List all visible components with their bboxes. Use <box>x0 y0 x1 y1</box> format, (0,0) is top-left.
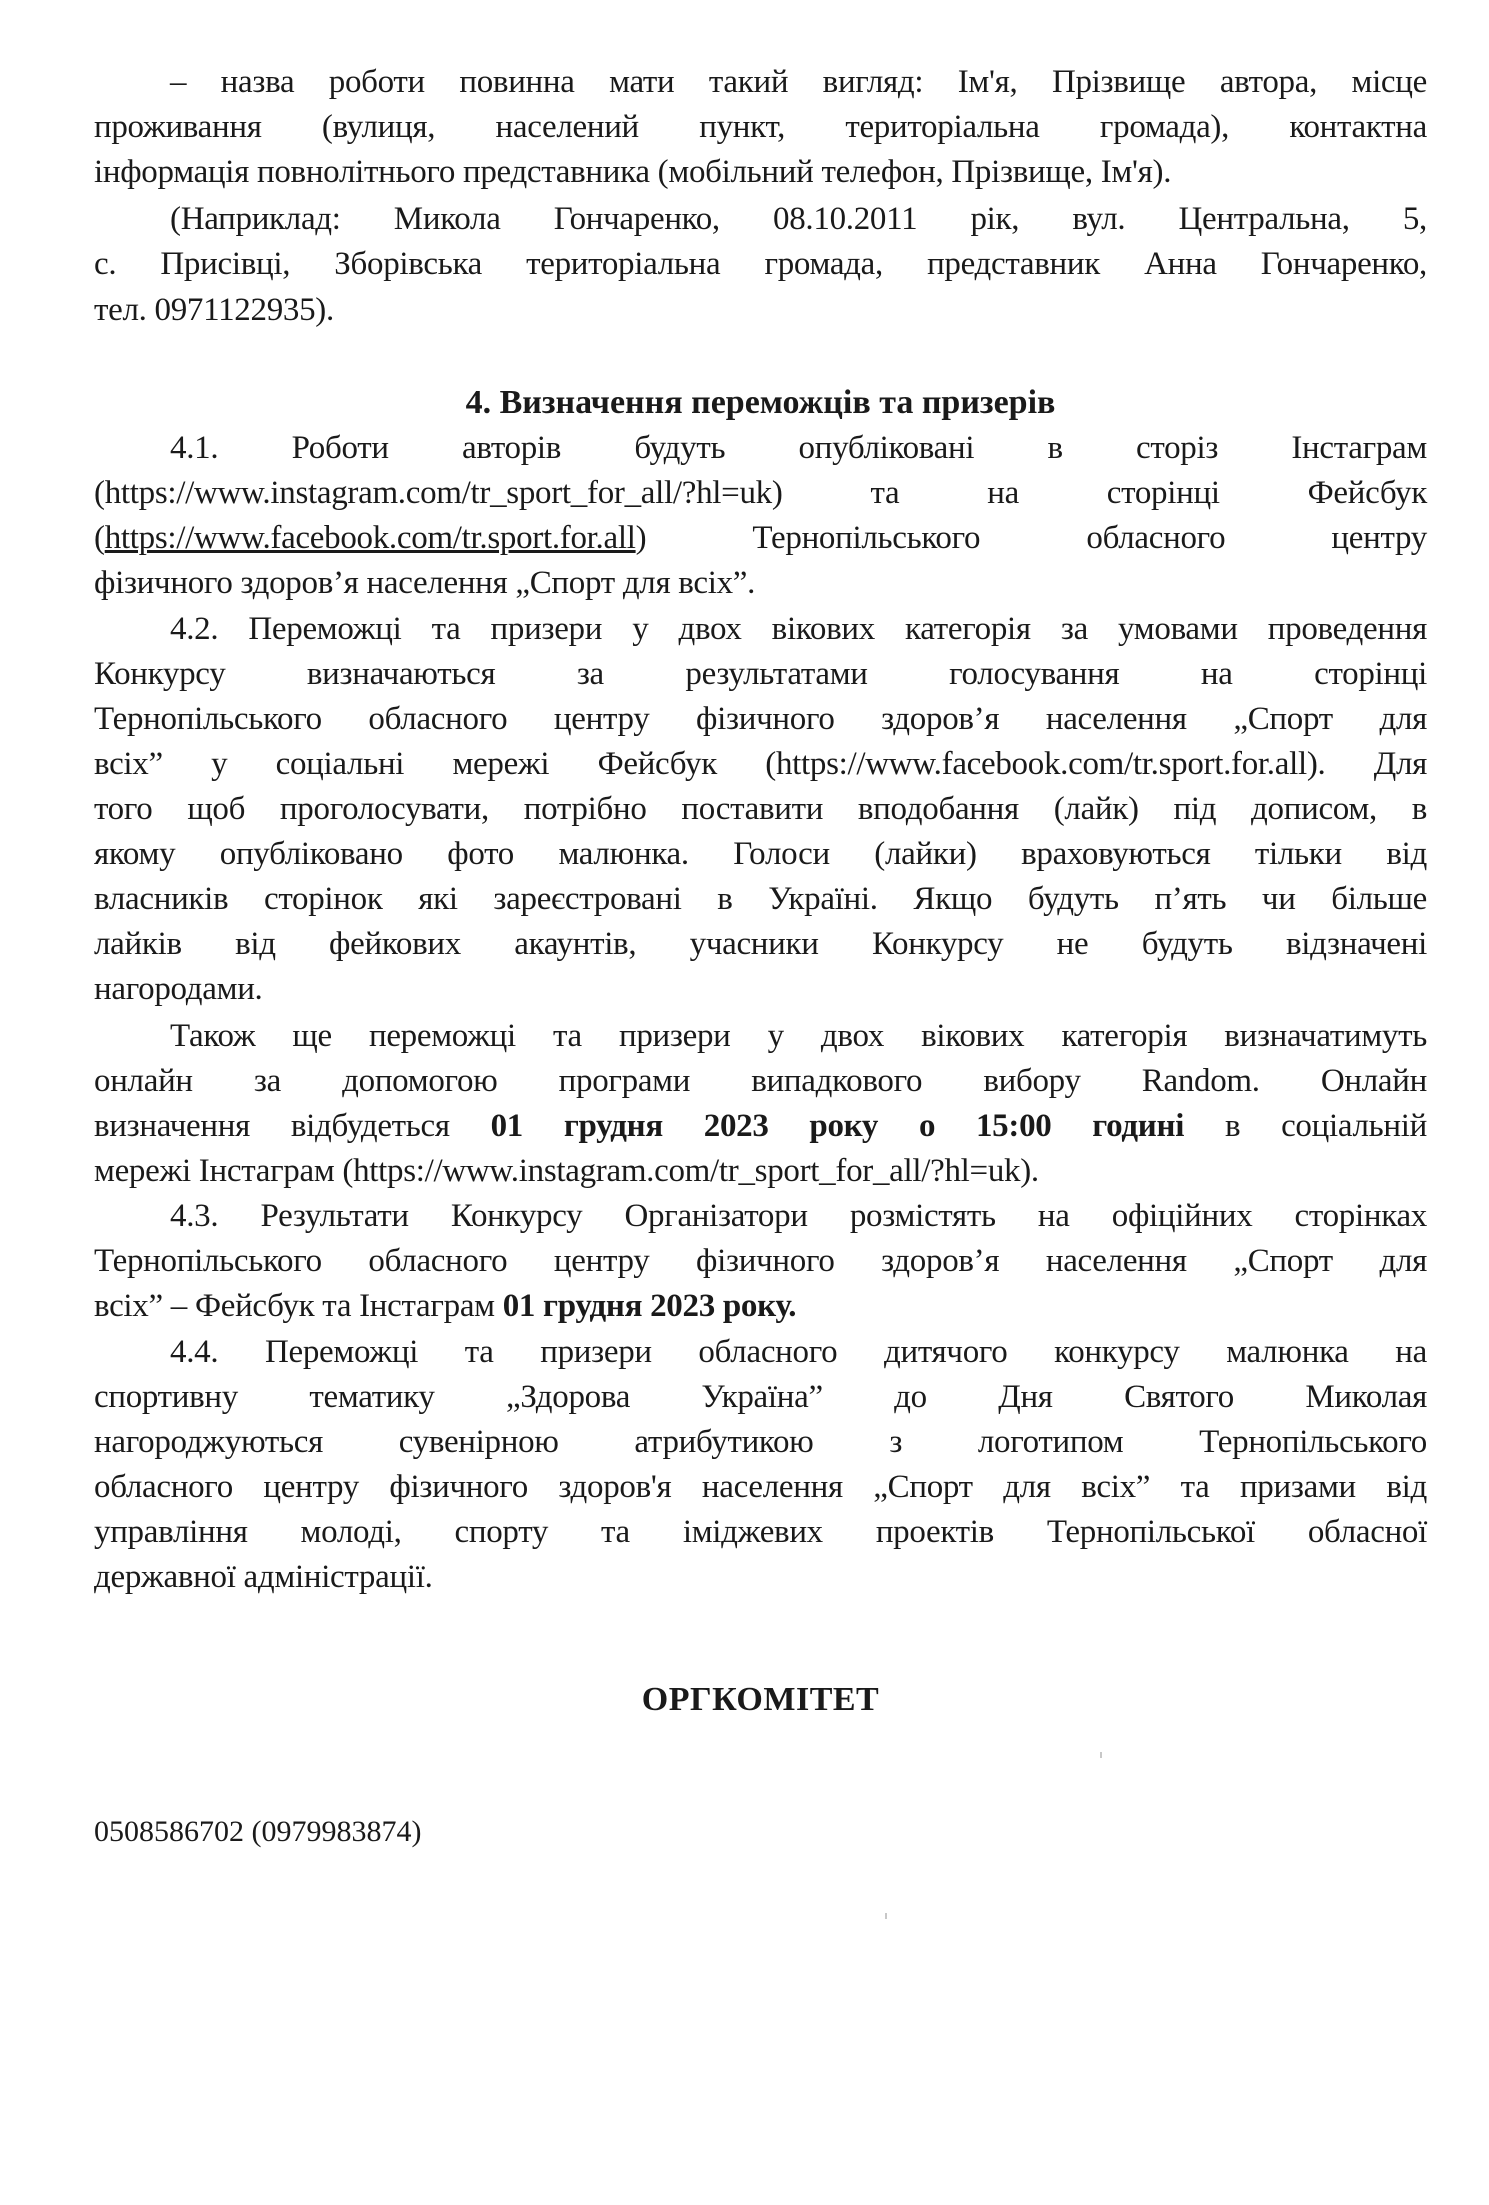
p42-line-5: того щоб проголосувати, потрібно постави… <box>94 789 1427 829</box>
p42b-line-3-post: в соціальній <box>1184 1108 1427 1144</box>
p41-line-3-rest: ) Тернопільського обласного центру <box>636 520 1427 556</box>
p42b-line-3: визначення відбудеться 01 грудня 2023 ро… <box>94 1106 1427 1146</box>
example-line-1: (Наприклад: Микола Гончаренко, 08.10.201… <box>170 199 1427 239</box>
p44-line-5: управління молоді, спорту та іміджевих п… <box>94 1512 1427 1552</box>
p44-line-3: нагороджуються сувенірною атрибутикою з … <box>94 1422 1427 1462</box>
facebook-link[interactable]: https://www.facebook.com/tr.sport.for.al… <box>105 520 636 556</box>
p42-line-6: якому опубліковано фото малюнка. Голоси … <box>94 834 1427 874</box>
results-date: 01 грудня 2023 року. <box>503 1288 796 1324</box>
p44-line-2: спортивну тематику „Здорова Україна” до … <box>94 1377 1427 1417</box>
contact-phone: 0508586702 (0979983874) <box>94 1812 421 1852</box>
p44-line-1: 4.4. Переможці та призери обласного дитя… <box>170 1332 1427 1372</box>
p43-line-3-pre: всіх” – Фейсбук та Інстаграм <box>94 1288 503 1324</box>
scan-speck <box>1100 1752 1102 1758</box>
p42-line-3: Тернопільського обласного центру фізично… <box>94 699 1427 739</box>
p43-line-2: Тернопільського обласного центру фізично… <box>94 1241 1427 1281</box>
p42b-line-3-pre: визначення відбудеться <box>94 1108 491 1144</box>
p42-line-1: 4.2. Переможці та призери у двох вікових… <box>170 609 1427 649</box>
intro-line-1: – назва роботи повинна мати такий вигляд… <box>170 62 1427 102</box>
p41-line-2: (https://www.instagram.com/tr_sport_for_… <box>94 473 1427 513</box>
p41-line-1: 4.1. Роботи авторів будуть опубліковані … <box>170 428 1427 468</box>
p44-line-6: державної адміністрації. <box>94 1557 1427 1597</box>
p42b-line-1: Також ще переможці та призери у двох вік… <box>170 1016 1427 1056</box>
intro-line-2: проживання (вулиця, населений пункт, тер… <box>94 107 1427 147</box>
intro-line-3: інформація повнолітнього представника (м… <box>94 152 1427 192</box>
organizing-committee-signature: ОРГКОМІТЕТ <box>94 1680 1427 1720</box>
paren-open: ( <box>94 520 105 556</box>
p42-line-7: власників сторінок які зареєстровані в У… <box>94 879 1427 919</box>
online-draw-datetime: 01 грудня 2023 року о 15:00 годині <box>491 1108 1185 1144</box>
p42b-line-2: онлайн за допомогою програми випадкового… <box>94 1061 1427 1101</box>
p42-line-2: Конкурсу визначаються за результатами го… <box>94 654 1427 694</box>
p43-line-3: всіх” – Фейсбук та Інстаграм 01 грудня 2… <box>94 1286 1427 1326</box>
p42-line-8: лайків від фейкових акаунтів, учасники К… <box>94 924 1427 964</box>
p42-line-4: всіх” у соціальні мережі Фейсбук (https:… <box>94 744 1427 784</box>
p44-line-4: обласного центру фізичного здоров'я насе… <box>94 1467 1427 1507</box>
p43-line-1: 4.3. Результати Конкурсу Організатори ро… <box>170 1196 1427 1236</box>
p41-line-3: (https://www.facebook.com/tr.sport.for.a… <box>94 518 1427 558</box>
example-line-3: тел. 0971122935). <box>94 290 1427 330</box>
p42b-line-4: мережі Інстаграм (https://www.instagram.… <box>94 1151 1427 1191</box>
scan-speck <box>885 1913 887 1919</box>
p42-line-9: нагородами. <box>94 969 1427 1009</box>
p41-line-4: фізичного здоров’я населення „Спорт для … <box>94 563 1427 603</box>
section-4-heading: 4. Визначення переможців та призерів <box>94 383 1427 423</box>
example-line-2: с. Присівці, Зборівська територіальна гр… <box>94 244 1427 284</box>
